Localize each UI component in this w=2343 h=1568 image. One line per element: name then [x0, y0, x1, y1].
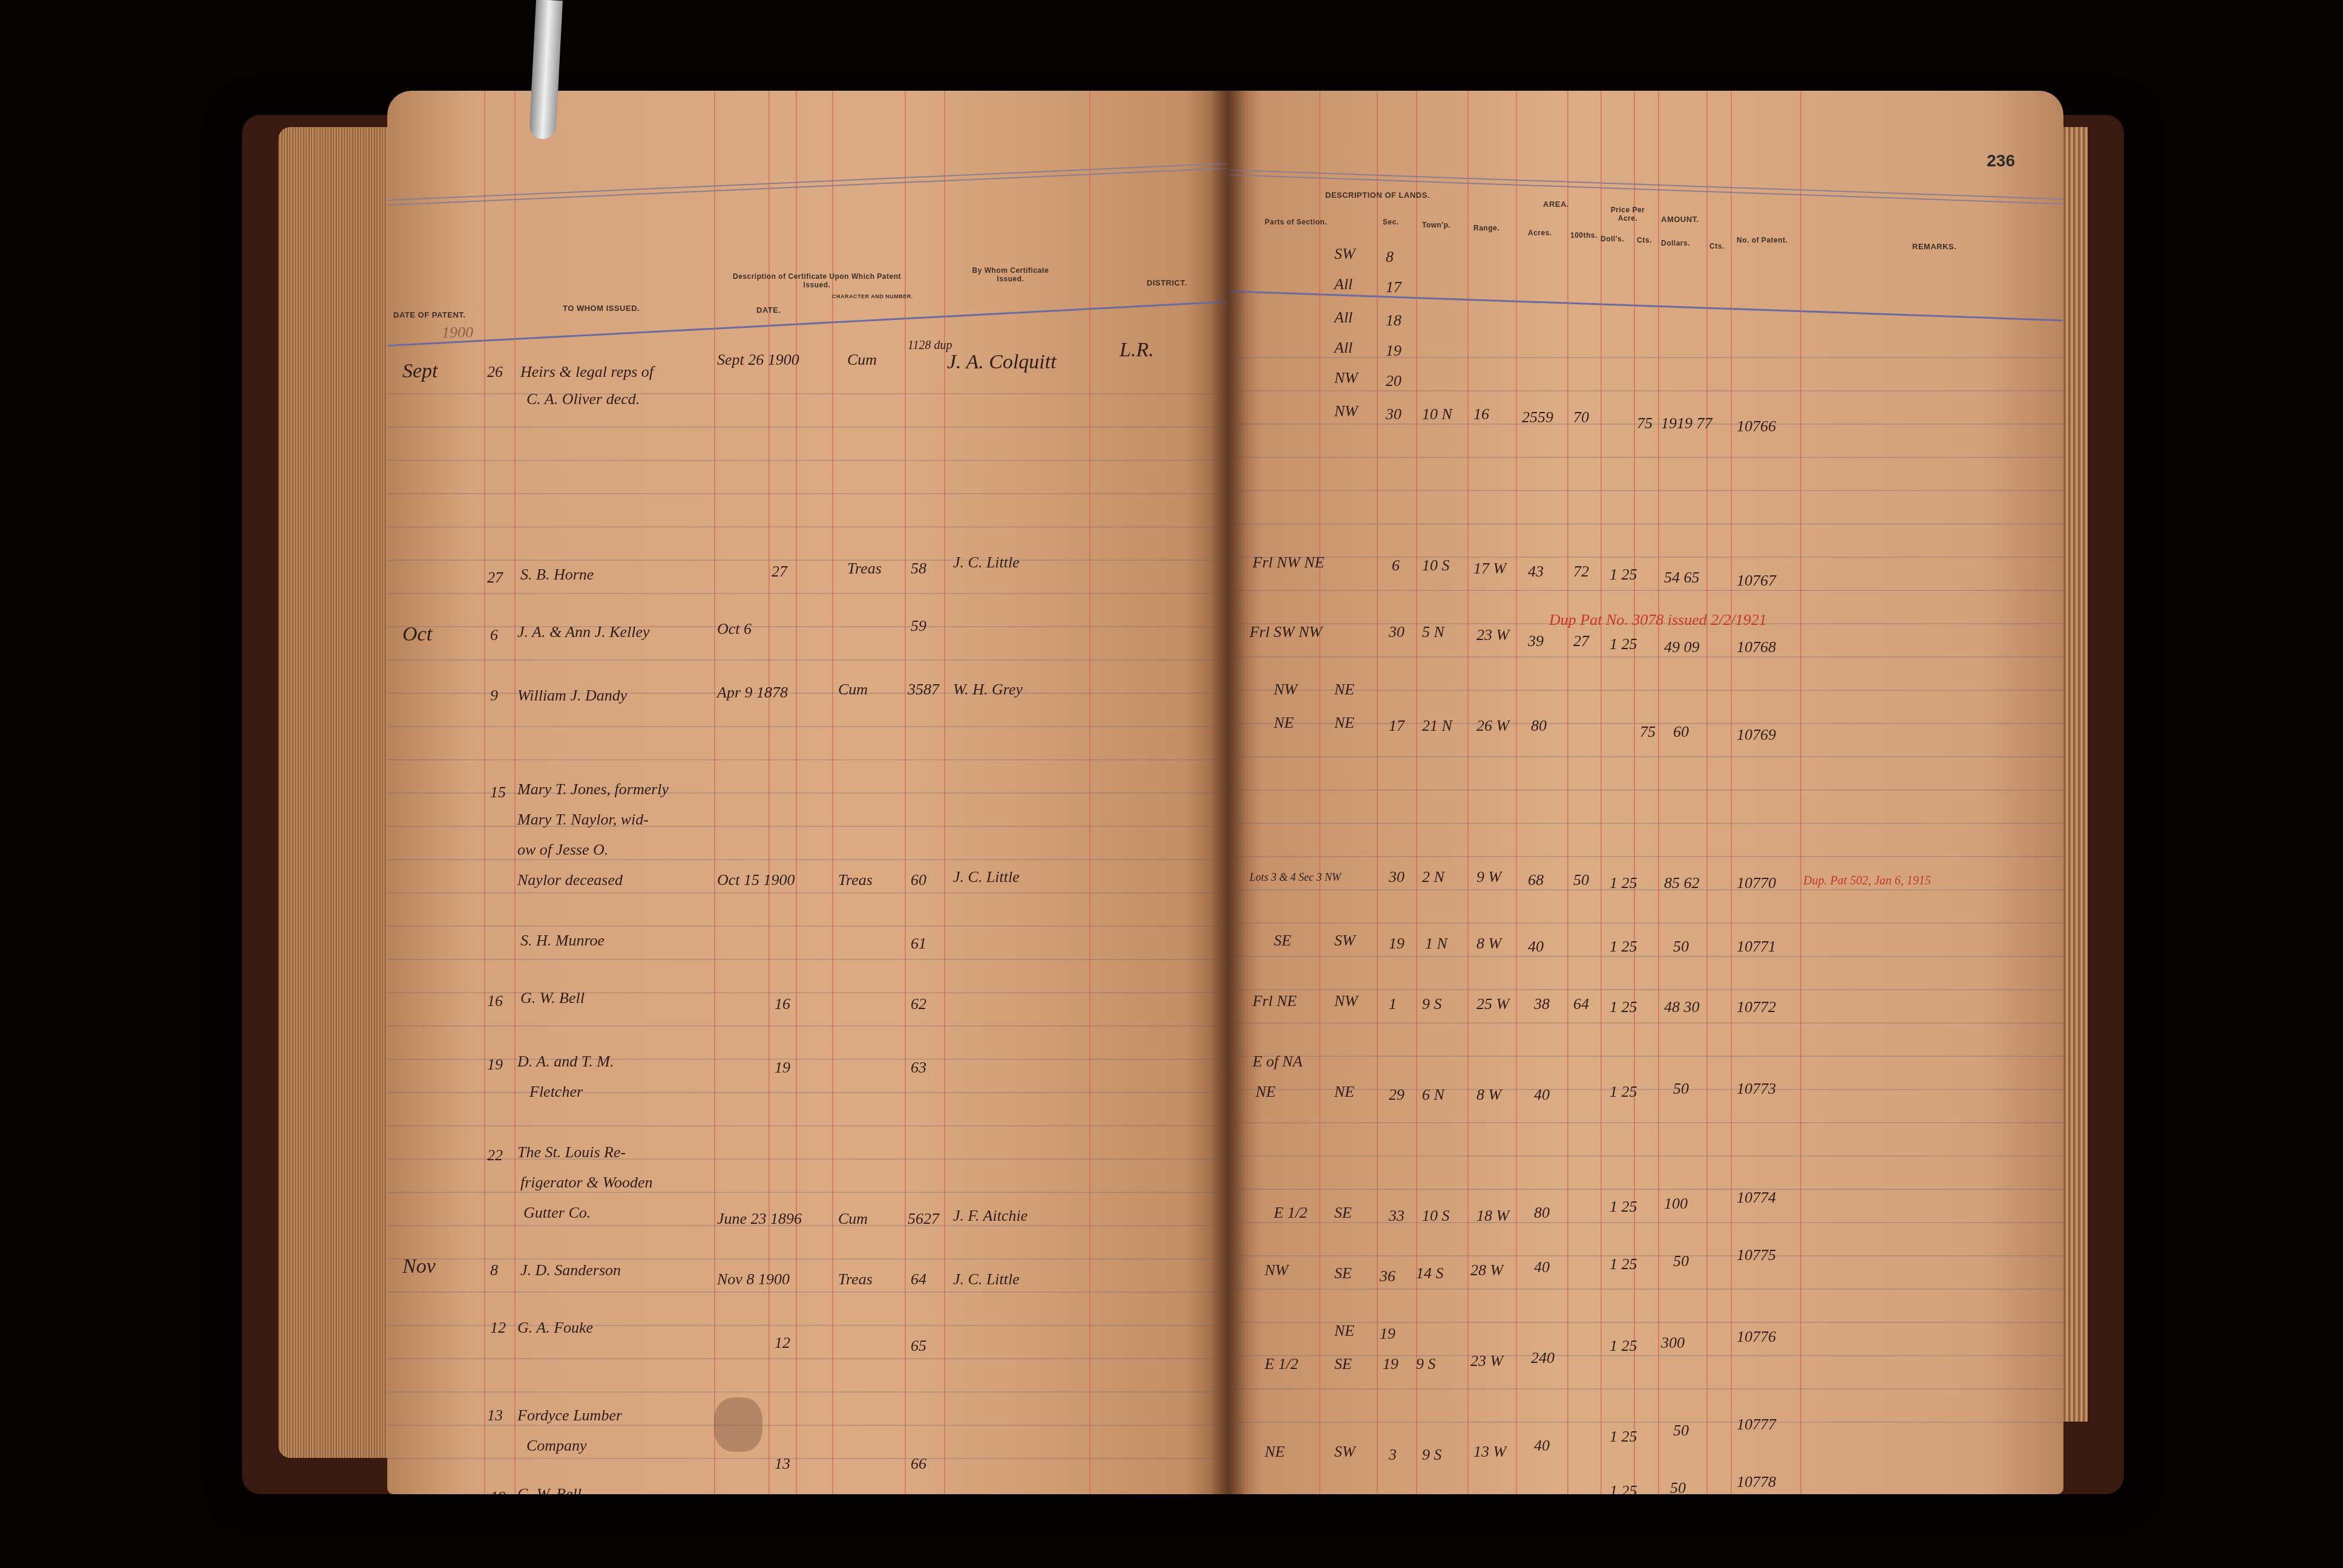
- header-date-of-patent: DATE OF PATENT.: [393, 310, 465, 319]
- land-price: 1 25: [1610, 635, 1637, 653]
- land-part: Frl NW NE: [1253, 554, 1324, 572]
- land-sec-part: NE: [1334, 714, 1354, 732]
- land-sec-part: SW: [1334, 932, 1355, 950]
- header-township: Town'p.: [1422, 221, 1450, 229]
- entry-day: 19: [490, 1488, 506, 1494]
- entry-issued-to: G. W. Bell: [520, 989, 585, 1007]
- header-cts: Cts.: [1637, 236, 1652, 244]
- land-amount: 1919 77: [1661, 414, 1712, 433]
- entry-cert-date: 16: [775, 995, 790, 1013]
- land-range: 16: [1473, 405, 1489, 423]
- land-hundredths: 50: [1573, 871, 1589, 889]
- land-range: 26 W: [1476, 717, 1509, 735]
- land-acres: 40: [1528, 938, 1544, 956]
- land-acres: 80: [1531, 717, 1547, 735]
- land-sec: 29: [1389, 1086, 1404, 1104]
- entry-issued-to: G. W. Bell: [517, 1485, 582, 1494]
- land-sec: 17: [1386, 278, 1401, 296]
- land-sec-part: NE: [1334, 1322, 1354, 1340]
- entry-cert-no: 58: [911, 560, 926, 578]
- entry-cert-date: Apr 9 1878: [717, 684, 788, 702]
- entry-cert-no: 59: [911, 617, 926, 635]
- entry-issued-to: S. H. Munroe: [520, 932, 605, 950]
- land-township: 10 N: [1422, 405, 1452, 423]
- land-acres: 38: [1534, 995, 1550, 1013]
- land-part: Lots 3 & 4 Sec 3 NW: [1250, 871, 1341, 884]
- land-price: 1 25: [1610, 1083, 1637, 1101]
- land-amount: 100: [1664, 1195, 1688, 1213]
- land-acres: 2559: [1522, 408, 1553, 426]
- header-description-of-lands: DESCRIPTION OF LANDS.: [1325, 191, 1430, 200]
- land-sec: 17: [1389, 717, 1404, 735]
- header-bottom-rule: [387, 301, 1227, 347]
- land-acres: 40: [1534, 1437, 1550, 1455]
- land-sec-part: NE: [1334, 1083, 1354, 1101]
- land-amount: 54 65: [1664, 569, 1700, 587]
- entry-cert-date: 19: [775, 1059, 790, 1077]
- land-sec: 18: [1386, 312, 1401, 330]
- land-hundredths: 70: [1573, 408, 1589, 426]
- entry-by-whom: W. H. Grey: [953, 681, 1023, 699]
- header-hundredths: 100ths.: [1570, 231, 1597, 240]
- land-part: Frl NE: [1253, 992, 1297, 1010]
- page-stain: [714, 1397, 762, 1452]
- land-patent-no: 10766: [1737, 417, 1776, 436]
- land-amount: 85 62: [1664, 874, 1700, 892]
- land-township: 10 S: [1422, 557, 1450, 575]
- land-sec-part: SW: [1334, 1443, 1355, 1461]
- year-heading: 1900: [442, 324, 473, 342]
- land-sec: 6: [1392, 557, 1400, 575]
- land-part: Frl SW NW: [1250, 623, 1322, 641]
- land-township: 6 N: [1422, 1086, 1444, 1104]
- header-by-whom: By Whom Certificate Issued.: [962, 266, 1059, 283]
- right-page: 236 DESCRIPTION OF LANDS. Parts of Secti…: [1228, 91, 2063, 1494]
- land-price: 1 25: [1610, 874, 1637, 892]
- entry-by-whom: J. A. Colquitt: [947, 351, 1057, 374]
- land-acres: 240: [1531, 1349, 1555, 1367]
- land-sec: 8: [1386, 248, 1394, 266]
- entry-by-whom: J. C. Little: [953, 1270, 1020, 1289]
- land-price: 1 25: [1610, 1337, 1637, 1355]
- land-part: NW: [1265, 1261, 1288, 1279]
- land-part: NW: [1334, 369, 1358, 387]
- entry-issued-to: J. D. Sanderson: [520, 1261, 621, 1279]
- land-hundredths: 72: [1573, 563, 1589, 581]
- land-price: 1 25: [1610, 1428, 1637, 1446]
- land-price: 1 25: [1610, 998, 1637, 1016]
- land-range: 23 W: [1476, 626, 1509, 644]
- land-patent-no: 10774: [1737, 1189, 1776, 1207]
- land-part: E 1/2: [1265, 1355, 1299, 1373]
- entry-day: 8: [490, 1261, 498, 1279]
- land-township: 9 S: [1422, 995, 1442, 1013]
- land-sec: 1: [1389, 995, 1397, 1013]
- entry-cert-type: Treas: [847, 560, 882, 578]
- entry-by-whom: J. C. Little: [953, 868, 1020, 886]
- land-part: NE: [1274, 714, 1294, 732]
- land-township: 5 N: [1422, 623, 1444, 641]
- entry-district: L.R.: [1119, 339, 1154, 362]
- entry-issued-to: The St. Louis Re-: [517, 1143, 626, 1161]
- entry-month: Nov: [402, 1255, 436, 1278]
- land-acres: 40: [1534, 1258, 1550, 1276]
- entry-day: 16: [487, 992, 503, 1010]
- entry-day: 12: [490, 1319, 506, 1337]
- land-price: 75: [1640, 723, 1656, 741]
- entry-issued-to: G. A. Fouke: [517, 1319, 593, 1337]
- land-sec: 19: [1383, 1355, 1398, 1373]
- entry-day: 6: [490, 626, 498, 644]
- land-part: All: [1334, 339, 1352, 357]
- remark-red: Dup. Pat 502, Jan 6, 1915: [1803, 874, 1931, 888]
- land-township: 2 N: [1422, 868, 1444, 886]
- entry-cert-no: 63: [911, 1059, 926, 1077]
- land-sec-part: SE: [1334, 1355, 1352, 1373]
- land-price: 75: [1637, 414, 1653, 433]
- entry-issued-to: Fordyce Lumber: [517, 1406, 622, 1425]
- entry-cert-type: Cum: [838, 681, 868, 699]
- land-amount: 50: [1673, 1422, 1689, 1440]
- land-price: 1 25: [1610, 1482, 1637, 1494]
- land-part: E of NA: [1253, 1053, 1302, 1071]
- land-sec: 30: [1389, 623, 1404, 641]
- land-range: 18 W: [1476, 1207, 1509, 1225]
- land-hundredths: 27: [1573, 632, 1589, 650]
- entry-issued-to: S. B. Horne: [520, 566, 594, 584]
- land-township: 9 S: [1416, 1355, 1436, 1373]
- land-sec: 19: [1386, 342, 1401, 360]
- header-amount: AMOUNT.: [1661, 215, 1699, 224]
- land-acres: 40: [1534, 1086, 1550, 1104]
- land-patent-no: 10772: [1737, 998, 1776, 1016]
- entry-by-whom: J. C. Little: [953, 554, 1020, 572]
- header-no-of-patent: No. of Patent.: [1737, 236, 1788, 244]
- page-number: 236: [1987, 151, 2015, 171]
- land-part: NE: [1256, 1083, 1276, 1101]
- entry-issued-to-line2: frigerator & Wooden: [520, 1174, 653, 1192]
- land-range: 9 W: [1476, 868, 1501, 886]
- entry-issued-to-line3: ow of Jesse O.: [517, 841, 608, 859]
- land-patent-no: 10770: [1737, 874, 1776, 892]
- land-acres: 43: [1528, 563, 1544, 581]
- land-township: 9 S: [1422, 1446, 1442, 1464]
- entry-issued-to: Heirs & legal reps of: [520, 363, 654, 381]
- left-page: DATE OF PATENT. TO WHOM ISSUED. Descript…: [387, 91, 1228, 1494]
- land-sec-part: SE: [1334, 1204, 1352, 1222]
- entry-day: 9: [490, 687, 498, 705]
- entry-issued-to-line2: Mary T. Naylor, wid-: [517, 811, 649, 829]
- entry-cert-date: Oct 6: [717, 620, 752, 638]
- entry-issued-to: J. A. & Ann J. Kelley: [517, 623, 650, 641]
- entry-cert-no: 62: [911, 995, 926, 1013]
- entry-day: 13: [487, 1406, 503, 1425]
- entry-cert-type: Cum: [847, 351, 877, 369]
- header-certificate-group: Description of Certificate Upon Which Pa…: [726, 272, 908, 289]
- entry-issued-to: William J. Dandy: [517, 687, 627, 705]
- entry-cert-no: 3587: [908, 681, 939, 699]
- land-township: 21 N: [1422, 717, 1452, 735]
- land-acres: 80: [1534, 1204, 1550, 1222]
- land-amount: 48 30: [1664, 998, 1700, 1016]
- entry-cert-date: 13: [775, 1455, 790, 1473]
- land-patent-no: 10767: [1737, 572, 1776, 590]
- header-parts-of-section: Parts of Section.: [1265, 218, 1327, 226]
- entry-issued-to-line2: Fletcher: [529, 1083, 583, 1101]
- land-price: 1 25: [1610, 566, 1637, 584]
- land-range: 8 W: [1476, 935, 1501, 953]
- entry-issued-to-line3: Gutter Co.: [523, 1204, 591, 1222]
- land-sec-part: NE: [1334, 681, 1354, 699]
- entry-day: 26: [487, 363, 503, 381]
- entry-month: Sept: [402, 360, 438, 383]
- entry-month: Oct: [402, 623, 432, 646]
- entry-cert-type: Cum: [838, 1210, 868, 1228]
- header-sec: Sec.: [1383, 218, 1399, 226]
- entry-issued-to-line2: Company: [526, 1437, 587, 1455]
- land-amount: 49 09: [1664, 638, 1700, 656]
- land-part: NW: [1274, 681, 1297, 699]
- header-to-whom-issued: TO WHOM ISSUED.: [563, 304, 640, 313]
- entry-issued-to: D. A. and T. M.: [517, 1053, 614, 1071]
- header-dollars: Dollars.: [1661, 239, 1690, 247]
- land-price: 1 25: [1610, 938, 1637, 956]
- land-patent-no: 10768: [1737, 638, 1776, 656]
- entry-issued-to-line4: Naylor deceased: [517, 871, 623, 889]
- land-price: 1 25: [1610, 1198, 1637, 1216]
- land-range: 17 W: [1473, 560, 1506, 578]
- land-sec: 20: [1386, 372, 1401, 390]
- entry-cert-no: 1128 dup: [908, 339, 952, 353]
- land-patent-no: 10769: [1737, 726, 1776, 744]
- entry-cert-no: 66: [911, 1455, 926, 1473]
- land-patent-no: 10771: [1737, 938, 1776, 956]
- header-cert-character: CHARACTER AND NUMBER.: [832, 293, 913, 299]
- land-acres: 68: [1528, 871, 1544, 889]
- entry-day: 15: [490, 783, 506, 802]
- land-range: 25 W: [1476, 995, 1509, 1013]
- header-amount-cts: Cts.: [1709, 242, 1725, 250]
- land-range: 28 W: [1470, 1261, 1503, 1279]
- land-part: All: [1334, 309, 1352, 327]
- entry-cert-date: Sept 26 1900: [717, 351, 799, 369]
- entry-cert-no: 64: [911, 1270, 926, 1289]
- land-part: NW: [1334, 402, 1358, 420]
- land-amount: 300: [1661, 1334, 1685, 1352]
- land-amount: 60: [1673, 723, 1689, 741]
- land-range: 8 W: [1476, 1086, 1501, 1104]
- land-amount: 50: [1670, 1479, 1686, 1494]
- page-edges-left: [278, 127, 393, 1458]
- land-sec: 19: [1389, 935, 1404, 953]
- land-amount: 50: [1673, 938, 1689, 956]
- entry-cert-no: 5627: [908, 1210, 939, 1228]
- entry-cert-no: 60: [911, 871, 926, 889]
- land-patent-no: 10773: [1737, 1080, 1776, 1098]
- header-bottom-rule: [1228, 290, 2063, 321]
- land-part: E 1/2: [1274, 1204, 1308, 1222]
- header-remarks: REMARKS.: [1912, 242, 1956, 251]
- entry-cert-date: Oct 15 1900: [717, 871, 795, 889]
- land-township: 14 S: [1416, 1264, 1444, 1282]
- land-patent-no: 10778: [1737, 1473, 1776, 1491]
- header-acres: Acres.: [1528, 229, 1552, 237]
- entry-cert-no: 65: [911, 1337, 926, 1355]
- header-cert-date: DATE.: [756, 305, 781, 315]
- entry-day: 27: [487, 569, 503, 587]
- land-sec-part: NW: [1334, 992, 1358, 1010]
- entry-issued-to-line2: C. A. Oliver decd.: [526, 390, 640, 408]
- book-gutter: [1210, 91, 1247, 1494]
- land-part: NE: [1265, 1443, 1285, 1461]
- land-sec: 36: [1380, 1267, 1395, 1285]
- land-sec: 30: [1389, 868, 1404, 886]
- land-township: 1 N: [1425, 935, 1447, 953]
- land-patent-no: 10775: [1737, 1246, 1776, 1264]
- header-district: DISTRICT.: [1147, 278, 1187, 287]
- entry-cert-no: 61: [911, 935, 926, 953]
- header-dolls: Doll's.: [1601, 235, 1624, 243]
- land-hundredths: 64: [1573, 995, 1589, 1013]
- land-sec: 19: [1380, 1325, 1395, 1343]
- header-area: AREA.: [1543, 200, 1569, 209]
- entry-cert-type: Treas: [838, 871, 873, 889]
- entry-cert-date: June 23 1896: [717, 1210, 802, 1228]
- entry-cert-date: 12: [775, 1334, 790, 1352]
- entry-issued-to: Mary T. Jones, formerly: [517, 780, 669, 799]
- entry-day: 22: [487, 1146, 503, 1165]
- entry-cert-date: 27: [772, 563, 787, 581]
- entry-day: 19: [487, 1056, 503, 1074]
- entry-by-whom: J. F. Aitchie: [953, 1207, 1027, 1225]
- land-part: SE: [1274, 932, 1291, 950]
- land-range: 13 W: [1473, 1443, 1506, 1461]
- land-acres: 39: [1528, 632, 1544, 650]
- land-part: SW: [1334, 245, 1355, 263]
- land-amount: 50: [1673, 1080, 1689, 1098]
- land-amount: 50: [1673, 1252, 1689, 1270]
- remark-red: Dup Pat No. 3078 issued 2/2/1921: [1549, 611, 1767, 629]
- land-price: 1 25: [1610, 1255, 1637, 1273]
- header-range: Range.: [1473, 224, 1499, 232]
- land-sec-part: SE: [1334, 1264, 1352, 1282]
- header-price-per-acre: Price Per Acre.: [1604, 206, 1652, 223]
- land-sec: 30: [1386, 405, 1401, 423]
- land-range: 23 W: [1470, 1352, 1503, 1370]
- header-top-rule: [387, 163, 1228, 206]
- land-sec: 3: [1389, 1446, 1397, 1464]
- entry-cert-type: Treas: [838, 1270, 873, 1289]
- land-patent-no: 10776: [1737, 1328, 1776, 1346]
- land-patent-no: 10777: [1737, 1416, 1776, 1434]
- entry-cert-date: Nov 8 1900: [717, 1270, 790, 1289]
- land-township: 10 S: [1422, 1207, 1450, 1225]
- land-part: All: [1334, 275, 1352, 293]
- land-sec: 33: [1389, 1207, 1404, 1225]
